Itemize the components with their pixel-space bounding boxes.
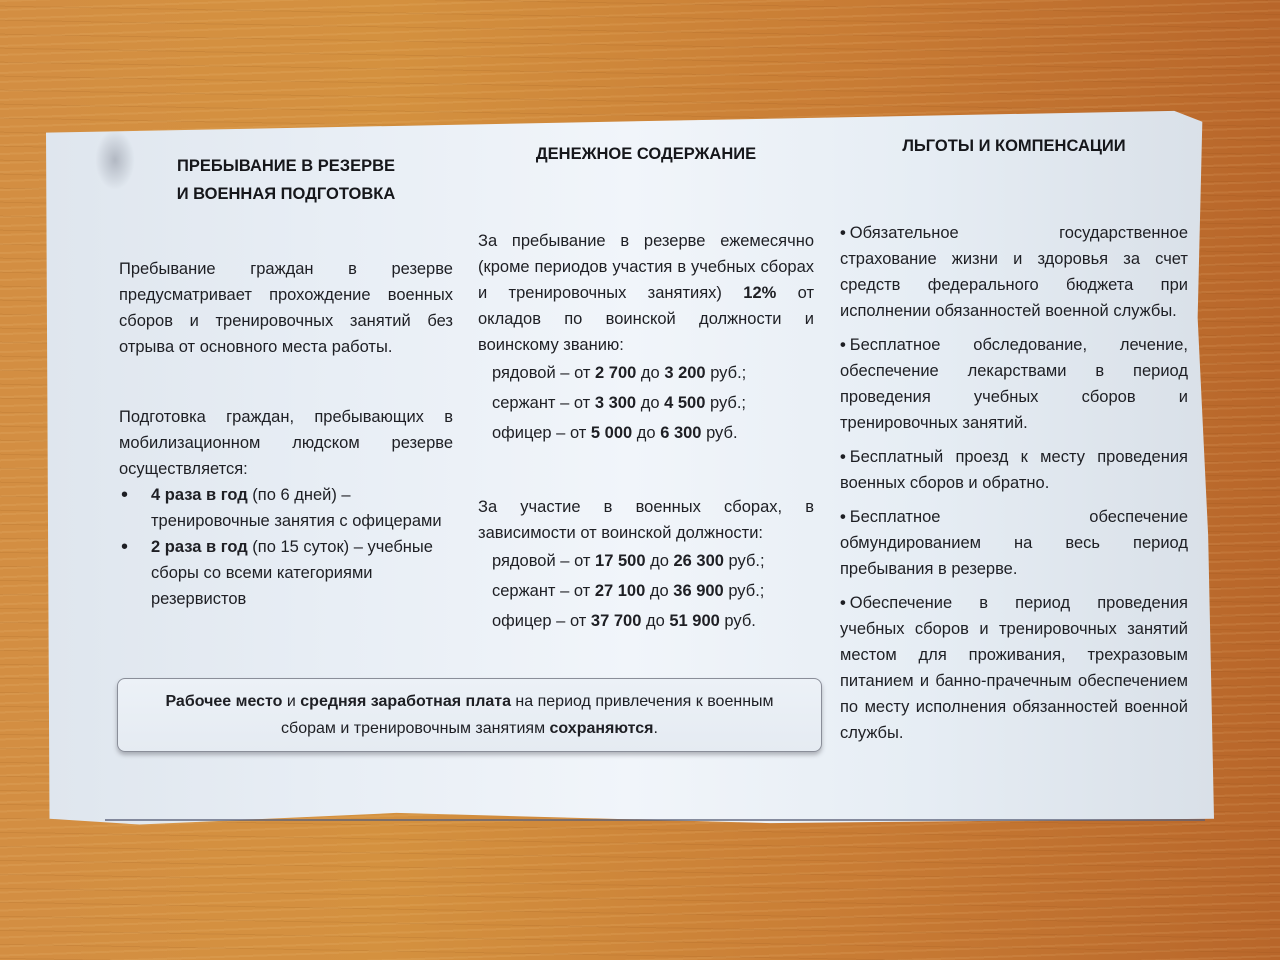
- rate-row: офицер – от 37 700 до 51 900 руб.: [492, 606, 814, 636]
- rate-row: сержант – от 3 300 до 4 500 руб.;: [492, 388, 814, 418]
- rate-from-value: 27 100: [595, 582, 645, 600]
- column-pay: ДЕНЕЖНОЕ СОДЕРЖАНИЕ За пребывание в резе…: [478, 140, 814, 682]
- rate-from-value: 5 000: [591, 424, 632, 442]
- rate-currency: руб.: [701, 424, 737, 442]
- benefit-item: •Обеспечение в период проведения учебных…: [840, 590, 1188, 746]
- rate-from-value: 17 500: [595, 552, 645, 570]
- monthly-pay-paragraph: За пребывание в резерве ежемесячно (кром…: [478, 228, 814, 358]
- rate-from-value: 2 700: [595, 364, 636, 382]
- column-benefits: ЛЬГОТЫ И КОМПЕНСАЦИИ •Обязательное госуд…: [840, 132, 1188, 754]
- rate-from-value: 3 300: [595, 394, 636, 412]
- rate-currency: руб.;: [706, 364, 747, 382]
- heading-pay: ДЕНЕЖНОЕ СОДЕРЖАНИЕ: [478, 140, 814, 168]
- bullet-icon: •: [840, 224, 846, 242]
- rank-label: сержант: [492, 394, 556, 412]
- rate-to-value: 51 900: [669, 612, 719, 630]
- monthly-percent: 12%: [743, 284, 776, 302]
- heading-benefits: ЛЬГОТЫ И КОМПЕНСАЦИИ: [840, 132, 1188, 160]
- callout-text-part: и: [282, 693, 300, 710]
- rate-from-label: – от: [556, 394, 595, 412]
- rate-row: сержант – от 27 100 до 36 900 руб.;: [492, 576, 814, 606]
- bullet-icon: •: [840, 508, 846, 526]
- bullet-icon: •: [840, 448, 846, 466]
- rate-from-label: – от: [556, 364, 595, 382]
- training-schedule-item: 4 раза в год (по 6 дней) – тренировочные…: [119, 482, 453, 534]
- rate-from-label: – от: [556, 582, 595, 600]
- rank-label: офицер: [492, 612, 552, 630]
- benefit-text: Бесплатный проезд к месту проведения вое…: [840, 448, 1188, 492]
- rate-from-label: – от: [552, 612, 591, 630]
- rate-to-label: до: [645, 582, 673, 600]
- monthly-rates-list: рядовой – от 2 700 до 3 200 руб.;сержант…: [492, 358, 814, 448]
- training-intro-paragraph: Подготовка граждан, пребывающих в мобили…: [119, 404, 453, 482]
- rate-to-value: 4 500: [664, 394, 705, 412]
- rate-currency: руб.;: [724, 552, 765, 570]
- rate-row: офицер – от 5 000 до 6 300 руб.: [492, 418, 814, 448]
- rank-label: офицер: [492, 424, 552, 442]
- frequency-bold: 4 раза в год: [151, 486, 248, 504]
- camp-pay-paragraph: За участие в военных сборах, в зависимос…: [478, 494, 814, 546]
- frequency-bold: 2 раза в год: [151, 538, 248, 556]
- rank-label: рядовой: [492, 552, 556, 570]
- benefit-item: •Обязательное государственное страховани…: [840, 220, 1188, 324]
- reserve-intro-paragraph: Пребывание граждан в резерве предусматри…: [119, 256, 453, 360]
- benefit-item: •Бесплатный проезд к месту проведения во…: [840, 444, 1188, 496]
- training-schedule-item: 2 раза в год (по 15 суток) – учебные сбо…: [119, 534, 453, 612]
- bullet-icon: •: [840, 594, 846, 612]
- callout-bold-retained: сохраняются: [550, 720, 654, 737]
- rate-to-label: до: [636, 364, 664, 382]
- rate-row: рядовой – от 2 700 до 3 200 руб.;: [492, 358, 814, 388]
- benefit-text: Бесплатное обеспечение обмундированием н…: [840, 508, 1188, 578]
- rank-label: сержант: [492, 582, 556, 600]
- benefit-text: Обеспечение в период проведения учебных …: [840, 594, 1188, 742]
- heading-line-1: ПРЕБЫВАНИЕ В РЕЗЕРВЕ: [177, 157, 395, 175]
- rate-to-value: 26 300: [673, 552, 723, 570]
- heading-line-2: И ВОЕННАЯ ПОДГОТОВКА: [177, 185, 396, 203]
- job-retention-callout: Рабочее место и средняя заработная плата…: [117, 678, 822, 752]
- bullet-icon: •: [840, 336, 846, 354]
- rate-to-value: 6 300: [660, 424, 701, 442]
- rank-label: рядовой: [492, 364, 556, 382]
- column-reserve-training: ПРЕБЫВАНИЕ В РЕЗЕРВЕ И ВОЕННАЯ ПОДГОТОВК…: [119, 152, 453, 612]
- rate-currency: руб.;: [705, 394, 746, 412]
- callout-bold-salary: средняя заработная плата: [300, 693, 511, 710]
- rate-from-label: – от: [556, 552, 595, 570]
- rate-to-value: 36 900: [673, 582, 723, 600]
- benefits-list: •Обязательное государственное страховани…: [840, 220, 1188, 746]
- benefit-text: Обязательное государственное страхование…: [840, 224, 1188, 320]
- benefit-item: •Бесплатное обеспечение обмундированием …: [840, 504, 1188, 582]
- rate-currency: руб.: [720, 612, 756, 630]
- camp-rates-list: рядовой – от 17 500 до 26 300 руб.;сержа…: [492, 546, 814, 636]
- rate-to-value: 3 200: [664, 364, 705, 382]
- callout-text: Рабочее место и средняя заработная плата…: [142, 688, 797, 742]
- rate-currency: руб.;: [724, 582, 765, 600]
- rate-to-label: до: [641, 612, 669, 630]
- callout-bold-workplace: Рабочее место: [165, 693, 282, 710]
- benefit-text: Бесплатное обследование, лечение, обеспе…: [840, 336, 1188, 432]
- heading-reserve-training: ПРЕБЫВАНИЕ В РЕЗЕРВЕ И ВОЕННАЯ ПОДГОТОВК…: [119, 152, 453, 208]
- training-schedule-list: 4 раза в год (по 6 дней) – тренировочные…: [119, 482, 453, 612]
- rate-to-label: до: [632, 424, 660, 442]
- rate-from-label: – от: [552, 424, 591, 442]
- paper-bottom-rule: [105, 819, 1205, 821]
- callout-text-part: .: [654, 720, 658, 737]
- rate-from-value: 37 700: [591, 612, 641, 630]
- benefit-item: •Бесплатное обследование, лечение, обесп…: [840, 332, 1188, 436]
- rate-to-label: до: [646, 552, 674, 570]
- rate-row: рядовой – от 17 500 до 26 300 руб.;: [492, 546, 814, 576]
- rate-to-label: до: [636, 394, 664, 412]
